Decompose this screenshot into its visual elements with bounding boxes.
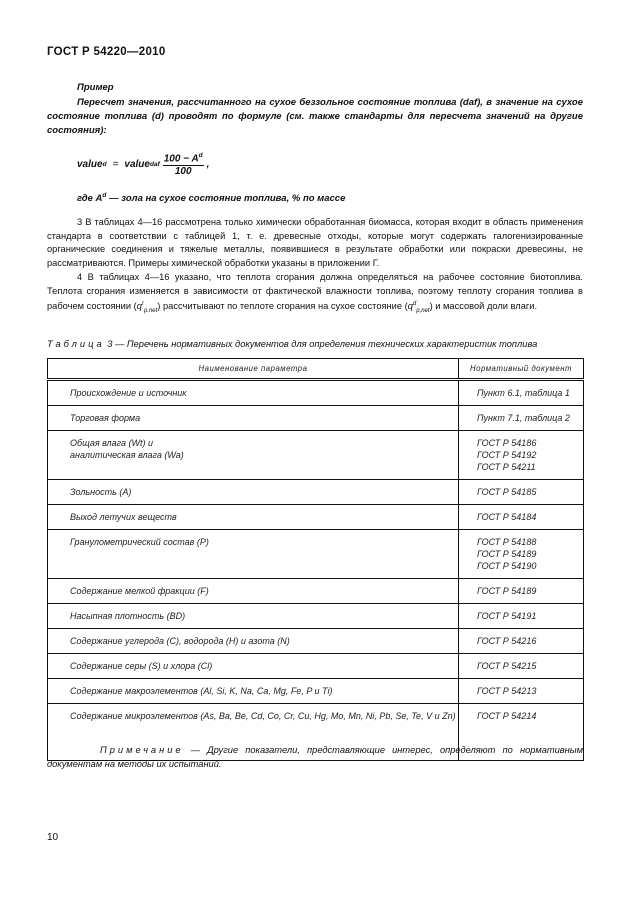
parameter-text: Содержание серы (S) и хлора (Cl) [70,660,458,672]
formula-lhs: value [77,159,103,170]
paragraph-3: 3 В таблицах 4—16 рассмотрена только хим… [47,216,583,270]
paragraph-3-text: 3 В таблицах 4—16 рассмотрена только хим… [47,217,583,268]
formula-where-clause: где Ad — зола на сухое состояние топлива… [77,192,345,204]
parameter-cell: Содержание серы (S) и хлора (Cl) [48,654,459,679]
document-cell: ГОСТ Р 54185 [459,480,584,505]
example-text: Пересчет значения, рассчитанного на сухо… [47,97,583,136]
document-code-header: ГОСТ Р 54220—2010 [47,46,166,58]
parameter-text: Происхождение и источник [70,387,458,399]
paragraph-4: 4 В таблицах 4—16 указано, что теплота с… [47,271,583,319]
q-sup: r [142,301,144,307]
parameter-cell: Содержание углерода (C), водорода (H) и … [48,629,459,654]
parameter-text: Содержание макроэлементов (Al, Si, K, Na… [70,685,458,697]
table-header-row: Наименование параметра Нормативный докум… [48,359,584,380]
document-reference: ГОСТ Р 54213 [477,685,583,697]
q-sup: d [413,301,416,307]
column-header-parameter: Наименование параметра [48,359,459,380]
document-reference: ГОСТ Р 54190 [477,560,583,572]
document-reference: ГОСТ Р 54188 [477,536,583,548]
formula-rhs-sup: daf [150,161,160,168]
q-sub: p,net [416,308,429,314]
note-label: Примечание [100,745,184,755]
table-row: Гранулометрический состав (P)ГОСТ Р 5418… [48,530,584,579]
document-reference: ГОСТ Р 54214 [477,710,583,722]
conversion-formula: valued = valuedaf 100 − Ad 100 , [77,150,209,178]
parameter-text: Содержание мелкой фракции (F) [70,585,458,597]
document-reference: ГОСТ Р 54191 [477,610,583,622]
example-title: Пример [77,82,114,93]
document-cell: Пункт 7.1, таблица 2 [459,406,584,431]
parameter-cell: Зольность (A) [48,480,459,505]
formula-tail: , [207,159,210,170]
parameter-cell: Гранулометрический состав (P) [48,530,459,579]
page-number: 10 [47,832,58,843]
parameter-cell: Общая влага (Wt) ианалитическая влага (W… [48,431,459,480]
document-reference: ГОСТ Р 54184 [477,511,583,523]
paragraph-4-part2: ) рассчитывают по теплоте сгорания на су… [157,301,407,311]
table-row: Зольность (A)ГОСТ Р 54185 [48,480,584,505]
parameter-text: Содержание углерода (C), водорода (H) и … [70,635,458,647]
document-cell: ГОСТ Р 54186ГОСТ Р 54192ГОСТ Р 54211 [459,431,584,480]
parameter-text: Выход летучих веществ [70,511,458,523]
document-reference: ГОСТ Р 54185 [477,486,583,498]
parameter-cell: Выход летучих веществ [48,505,459,530]
table-row: Содержание углерода (C), водорода (H) и … [48,629,584,654]
document-cell: ГОСТ Р 54188ГОСТ Р 54189ГОСТ Р 54190 [459,530,584,579]
document-reference: ГОСТ Р 54215 [477,660,583,672]
table-row: Выход летучих веществГОСТ Р 54184 [48,505,584,530]
where-prefix: где A [77,193,102,204]
document-cell: ГОСТ Р 54191 [459,604,584,629]
table-row: Содержание макроэлементов (Al, Si, K, Na… [48,679,584,704]
parameter-text: аналитическая влага (Wa) [70,449,458,461]
where-text: — зола на сухое состояние топлива, % по … [106,193,345,204]
parameter-text: Насыпная плотность (BD) [70,610,458,622]
parameter-cell: Содержание макроэлементов (Al, Si, K, Na… [48,679,459,704]
table-note: Примечание — Другие показатели, представ… [47,743,583,771]
formula-lhs-sup: d [103,161,107,168]
table-caption-prefix: Таблица [47,339,105,349]
table-row: Содержание серы (S) и хлора (Cl)ГОСТ Р 5… [48,654,584,679]
table-row: Происхождение и источникПункт 6.1, табли… [48,380,584,406]
paragraph-4-part3: ) и массовой доли влаги. [430,301,537,311]
formula-fraction: 100 − Ad 100 [163,150,204,178]
document-reference: ГОСТ Р 54192 [477,449,583,461]
document-cell: ГОСТ Р 54215 [459,654,584,679]
fraction-denominator: 100 [175,166,192,178]
document-cell: ГОСТ Р 54213 [459,679,584,704]
parameter-text: Общая влага (Wt) и [70,437,458,449]
parameter-cell: Происхождение и источник [48,380,459,406]
document-cell: ГОСТ Р 54184 [459,505,584,530]
document-reference: ГОСТ Р 54189 [477,585,583,597]
document-reference: ГОСТ Р 54186 [477,437,583,449]
document-cell: ГОСТ Р 54216 [459,629,584,654]
numerator-text: 100 − A [164,153,199,164]
parameter-text: Содержание микроэлементов (As, Ba, Be, C… [54,710,458,722]
table-caption: Таблица 3 — Перечень нормативных докумен… [47,339,587,349]
q-sub: p.net [144,308,157,314]
column-header-document: Нормативный документ [459,359,584,380]
document-reference: Пункт 6.1, таблица 1 [477,387,583,399]
parameter-text: Гранулометрический состав (P) [70,536,458,548]
document-reference: ГОСТ Р 54211 [477,461,583,473]
parameter-text: Торговая форма [70,412,458,424]
formula-equals: = [113,159,119,170]
table-row: Насыпная плотность (BD)ГОСТ Р 54191 [48,604,584,629]
parameter-cell: Насыпная плотность (BD) [48,604,459,629]
example-body: Пересчет значения, рассчитанного на сухо… [47,96,583,138]
table-row: Общая влага (Wt) ианалитическая влага (W… [48,431,584,480]
document-reference: Пункт 7.1, таблица 2 [477,412,583,424]
parameter-cell: Содержание мелкой фракции (F) [48,579,459,604]
normative-documents-table: Наименование параметра Нормативный докум… [47,358,584,761]
numerator-sup: d [199,152,203,159]
fraction-numerator: 100 − Ad [163,150,204,166]
table-row: Торговая формаПункт 7.1, таблица 2 [48,406,584,431]
parameter-cell: Торговая форма [48,406,459,431]
document-cell: Пункт 6.1, таблица 1 [459,380,584,406]
table-row: Содержание мелкой фракции (F)ГОСТ Р 5418… [48,579,584,604]
document-cell: ГОСТ Р 54189 [459,579,584,604]
document-reference: ГОСТ Р 54189 [477,548,583,560]
document-reference: ГОСТ Р 54216 [477,635,583,647]
formula-rhs: value [124,159,150,170]
parameter-text: Зольность (A) [70,486,458,498]
table-caption-text: 3 — Перечень нормативных документов для … [105,339,538,349]
